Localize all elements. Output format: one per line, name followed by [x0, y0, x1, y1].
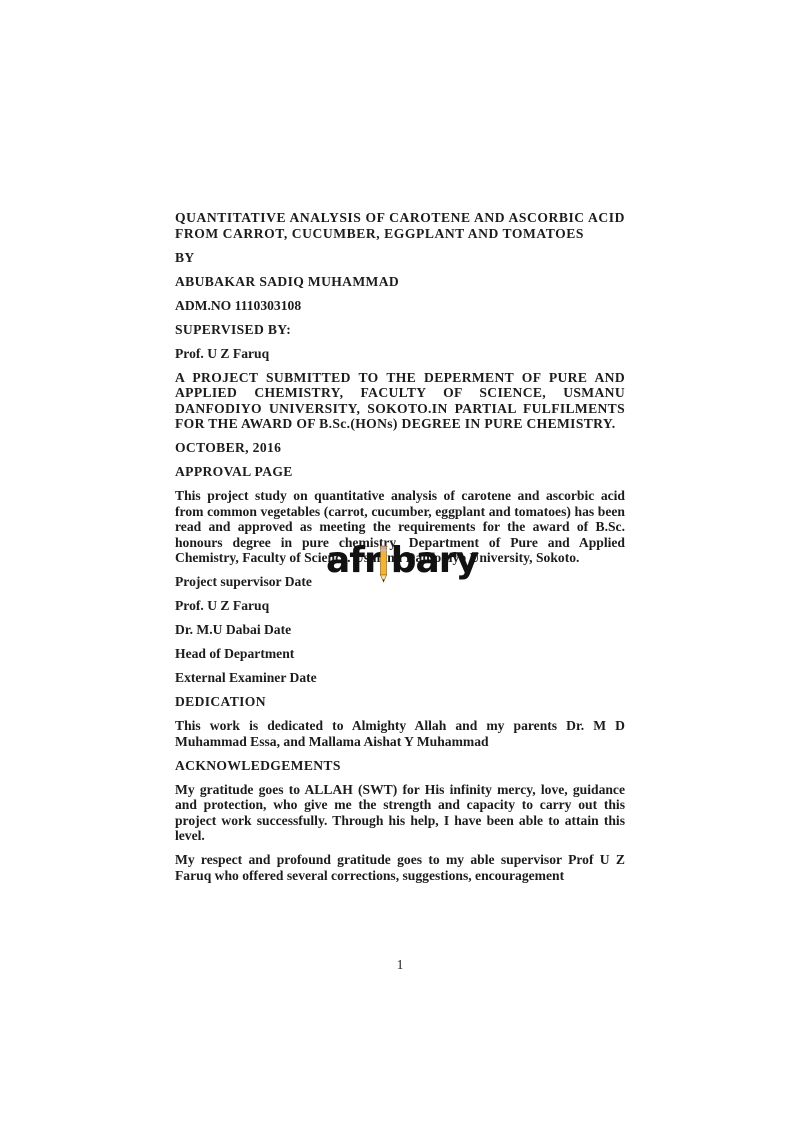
- signatory-line: Head of Department: [175, 646, 625, 662]
- dedication-body: This work is dedicated to Almighty Allah…: [175, 718, 625, 749]
- submission-statement: A PROJECT SUBMITTED TO THE DEPERMENT OF …: [175, 370, 625, 432]
- acknowledgements-paragraph: My gratitude goes to ALLAH (SWT) for His…: [175, 782, 625, 844]
- page-content: QUANTITATIVE ANALYSIS OF CAROTENE AND AS…: [175, 210, 625, 892]
- supervised-by-label: SUPERVISED BY:: [175, 322, 625, 338]
- admission-number: ADM.NO 1110303108: [175, 298, 625, 314]
- supervisor-name: Prof. U Z Faruq: [175, 346, 625, 362]
- approval-body: This project study on quantitative analy…: [175, 488, 625, 566]
- approval-heading: APPROVAL PAGE: [175, 464, 625, 480]
- page-number: 1: [0, 957, 800, 973]
- acknowledgements-heading: ACKNOWLEDGEMENTS: [175, 758, 625, 774]
- signatory-line: Dr. M.U Dabai Date: [175, 622, 625, 638]
- signatory-line: Project supervisor Date: [175, 574, 625, 590]
- signatory-line: External Examiner Date: [175, 670, 625, 686]
- by-label: BY: [175, 250, 625, 266]
- author-name: ABUBAKAR SADIQ MUHAMMAD: [175, 274, 625, 290]
- signatory-line: Prof. U Z Faruq: [175, 598, 625, 614]
- document-page: QUANTITATIVE ANALYSIS OF CAROTENE AND AS…: [0, 0, 800, 1132]
- submission-date: OCTOBER, 2016: [175, 440, 625, 456]
- acknowledgements-paragraph: My respect and profound gratitude goes t…: [175, 852, 625, 883]
- document-title: QUANTITATIVE ANALYSIS OF CAROTENE AND AS…: [175, 210, 625, 241]
- dedication-heading: DEDICATION: [175, 694, 625, 710]
